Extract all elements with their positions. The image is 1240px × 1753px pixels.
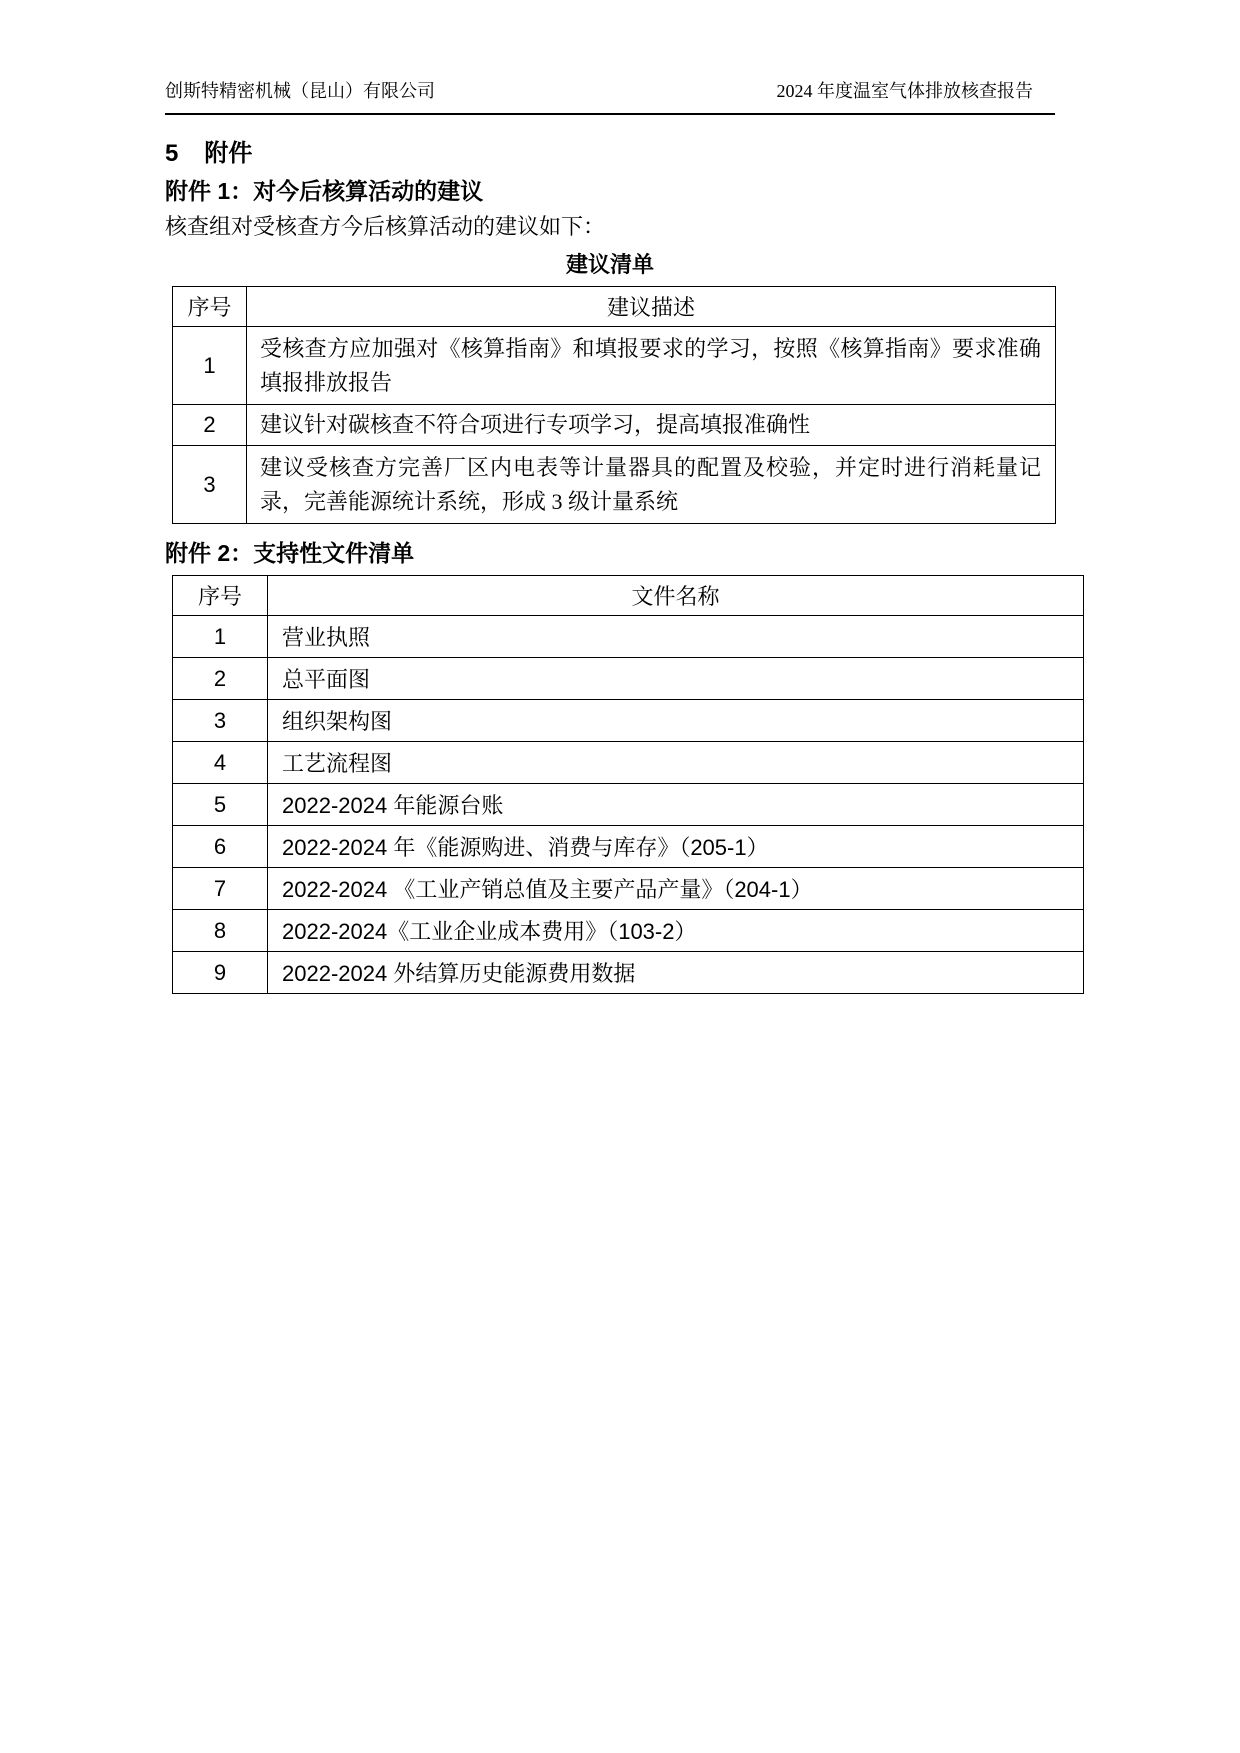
suggestion-row-2-desc: 建议针对碳核查不符合项进行专项学习，提高填报准确性 bbox=[247, 405, 1056, 446]
document-row-1: 1 营业执照 bbox=[173, 616, 1084, 658]
document-row-4: 4 工艺流程图 bbox=[173, 742, 1084, 784]
suggestion-row-2-no: 2 bbox=[173, 405, 247, 446]
suggestion-col-header-no: 序号 bbox=[173, 287, 247, 327]
document-row-1-name: 营业执照 bbox=[268, 616, 1084, 658]
document-row-5-name: 2022-2024 年能源台账 bbox=[268, 784, 1084, 826]
document-row-7-no: 7 bbox=[173, 868, 268, 910]
document-row-6: 6 2022-2024 年《能源购进、消费与库存》（205-1） bbox=[173, 826, 1084, 868]
attachment-2-heading: 附件 2：支持性文件清单 bbox=[165, 538, 1075, 568]
header-company-name: 创斯特精密机械（昆山）有限公司 bbox=[165, 80, 435, 102]
document-row-1-no: 1 bbox=[173, 616, 268, 658]
document-row-9: 9 2022-2024 外结算历史能源费用数据 bbox=[173, 952, 1084, 994]
document-row-4-name: 工艺流程图 bbox=[268, 742, 1084, 784]
suggestion-row-3: 3 建议受核查方完善厂区内电表等计量器具的配置及校验，并定时进行消耗量记录，完善… bbox=[173, 446, 1056, 524]
document-row-3: 3 组织架构图 bbox=[173, 700, 1084, 742]
document-row-7: 7 2022-2024 《工业产销总值及主要产品产量》（204-1） bbox=[173, 868, 1084, 910]
document-row-8-no: 8 bbox=[173, 910, 268, 952]
suggestion-row-3-desc: 建议受核查方完善厂区内电表等计量器具的配置及校验，并定时进行消耗量记录，完善能源… bbox=[247, 446, 1056, 524]
document-row-9-no: 9 bbox=[173, 952, 268, 994]
document-row-8-name: 2022-2024《工业企业成本费用》（103-2） bbox=[268, 910, 1084, 952]
suggestion-row-3-no: 3 bbox=[173, 446, 247, 524]
suggestion-table: 序号 建议描述 1 受核查方应加强对《核算指南》和填报要求的学习，按照《核算指南… bbox=[172, 286, 1056, 524]
page-content: 5附件 附件 1：对今后核算活动的建议 核查组对受核查方今后核算活动的建议如下：… bbox=[165, 139, 1075, 994]
suggestion-row-1-desc: 受核查方应加强对《核算指南》和填报要求的学习，按照《核算指南》要求准确填报排放报… bbox=[247, 327, 1056, 405]
document-row-5: 5 2022-2024 年能源台账 bbox=[173, 784, 1084, 826]
document-row-2: 2 总平面图 bbox=[173, 658, 1084, 700]
document-row-6-no: 6 bbox=[173, 826, 268, 868]
section-5-heading: 5附件 bbox=[165, 139, 1075, 169]
documents-col-header-name: 文件名称 bbox=[268, 576, 1084, 616]
suggestion-table-title: 建议清单 bbox=[165, 251, 1055, 279]
suggestion-col-header-desc: 建议描述 bbox=[247, 287, 1056, 327]
supporting-documents-table: 序号 文件名称 1 营业执照 2 总平面图 3 组织架构图 4 bbox=[172, 575, 1084, 994]
document-row-2-name: 总平面图 bbox=[268, 658, 1084, 700]
suggestion-row-2: 2 建议针对碳核查不符合项进行专项学习，提高填报准确性 bbox=[173, 405, 1056, 446]
attachment-1-heading: 附件 1：对今后核算活动的建议 bbox=[165, 176, 1075, 206]
document-row-8: 8 2022-2024《工业企业成本费用》（103-2） bbox=[173, 910, 1084, 952]
document-row-2-no: 2 bbox=[173, 658, 268, 700]
section-title-text: 附件 bbox=[204, 140, 252, 167]
documents-col-header-no: 序号 bbox=[173, 576, 268, 616]
suggestion-row-1-no: 1 bbox=[173, 327, 247, 405]
document-row-7-name: 2022-2024 《工业产销总值及主要产品产量》（204-1） bbox=[268, 868, 1084, 910]
document-page: 创斯特精密机械（昆山）有限公司 2024 年度温室气体排放核查报告 5附件 附件… bbox=[0, 0, 1240, 1753]
attachment-1-intro: 核查组对受核查方今后核算活动的建议如下： bbox=[165, 212, 1075, 242]
documents-table-header-row: 序号 文件名称 bbox=[173, 576, 1084, 616]
section-number: 5 bbox=[165, 139, 178, 169]
document-row-3-no: 3 bbox=[173, 700, 268, 742]
document-row-6-name: 2022-2024 年《能源购进、消费与库存》（205-1） bbox=[268, 826, 1084, 868]
document-row-4-no: 4 bbox=[173, 742, 268, 784]
running-header: 创斯特精密机械（昆山）有限公司 2024 年度温室气体排放核查报告 bbox=[165, 80, 1055, 115]
suggestion-table-header-row: 序号 建议描述 bbox=[173, 287, 1056, 327]
document-row-3-name: 组织架构图 bbox=[268, 700, 1084, 742]
suggestion-row-1: 1 受核查方应加强对《核算指南》和填报要求的学习，按照《核算指南》要求准确填报排… bbox=[173, 327, 1056, 405]
header-report-title: 2024 年度温室气体排放核查报告 bbox=[777, 80, 1056, 102]
document-row-5-no: 5 bbox=[173, 784, 268, 826]
document-row-9-name: 2022-2024 外结算历史能源费用数据 bbox=[268, 952, 1084, 994]
